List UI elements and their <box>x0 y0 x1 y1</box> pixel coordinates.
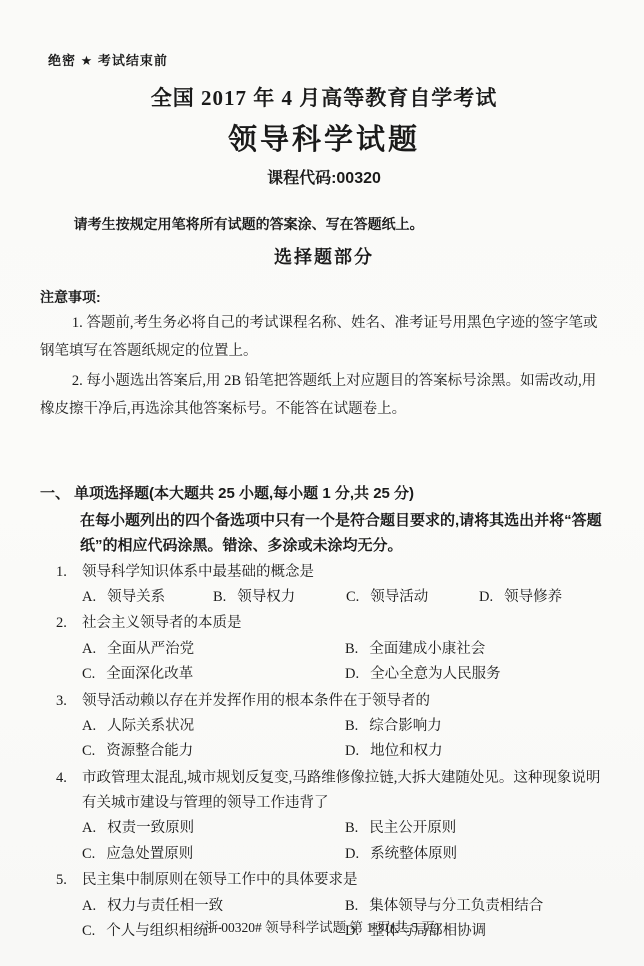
question-item: 4.市政管理太混乱,城市规划反复变,马路维修像拉链,大拆大建随处见。这种现象说明… <box>40 766 608 868</box>
option-label: D. <box>479 589 493 605</box>
option-label: D. <box>345 743 359 759</box>
option-item: A.领导关系 <box>82 585 213 610</box>
option-item: C.全面深化改革 <box>82 662 345 687</box>
option-item: B.民主公开原则 <box>345 816 608 841</box>
option-label: B. <box>345 718 358 734</box>
option-item: C.领导活动 <box>346 585 479 610</box>
section-header: 一、 单项选择题(本大题共 25 小题,每小题 1 分,共 25 分) 在每小题… <box>40 481 608 559</box>
option-label: A. <box>82 820 96 836</box>
question-stem: 领导活动赖以存在并发挥作用的根本条件在于领导者的 <box>82 689 608 714</box>
question-number: 5. <box>56 868 82 893</box>
option-text: 领导关系 <box>107 589 165 605</box>
option-label: C. <box>82 846 95 862</box>
option-label: D. <box>345 666 359 682</box>
question-item: 2.社会主义领导者的本质是A.全面从严治党B.全面建成小康社会C.全面深化改革D… <box>40 611 608 687</box>
option-item: B.全面建成小康社会 <box>345 637 608 662</box>
option-item: D.系统整体原则 <box>345 842 608 867</box>
section-instruction: 在每小题列出的四个备选项中只有一个是符合题目要求的,请将其选出并将“答题纸”的相… <box>74 508 608 559</box>
option-grid: A.权责一致原则B.民主公开原则C.应急处置原则D.系统整体原则 <box>82 816 608 867</box>
option-label: B. <box>345 641 358 657</box>
question-list: 1.领导科学知识体系中最基础的概念是A.领导关系B.领导权力C.领导活动D.领导… <box>40 560 608 945</box>
option-item: D.领导修养 <box>479 585 608 610</box>
question-stem: 民主集中制原则在领导工作中的具体要求是 <box>82 868 608 893</box>
option-text: 应急处置原则 <box>106 846 193 862</box>
option-label: D. <box>345 846 359 862</box>
notice-item: 1. 答题前,考生务必将自己的考试课程名称、姓名、准考证号用黑色字迹的签字笔或钢… <box>40 310 608 365</box>
part-title: 选择题部分 <box>40 243 608 269</box>
option-label: C. <box>346 589 359 605</box>
option-item: D.全心全意为人民服务 <box>345 662 608 687</box>
option-item: D.地位和权力 <box>345 739 608 764</box>
option-text: 系统整体原则 <box>370 846 457 862</box>
section-heading: 单项选择题(本大题共 25 小题,每小题 1 分,共 25 分) <box>74 481 608 507</box>
option-item: C.资源整合能力 <box>82 739 345 764</box>
option-label: B. <box>345 898 358 914</box>
option-text: 人际关系状况 <box>107 718 194 734</box>
question-stem-row: 4.市政管理太混乱,城市规划反复变,马路维修像拉链,大拆大建随处见。这种现象说明… <box>56 766 608 817</box>
option-text: 权力与责任相一致 <box>107 898 223 914</box>
question-stem-row: 3.领导活动赖以存在并发挥作用的根本条件在于领导者的 <box>56 689 608 714</box>
question-stem: 社会主义领导者的本质是 <box>82 611 608 636</box>
option-label: C. <box>82 743 95 759</box>
notice-list: 1. 答题前,考生务必将自己的考试课程名称、姓名、准考证号用黑色字迹的签字笔或钢… <box>40 310 608 423</box>
option-item: B.领导权力 <box>213 585 346 610</box>
question-item: 1.领导科学知识体系中最基础的概念是A.领导关系B.领导权力C.领导活动D.领导… <box>40 560 608 611</box>
option-text: 综合影响力 <box>369 718 442 734</box>
section-header-body: 单项选择题(本大题共 25 小题,每小题 1 分,共 25 分) 在每小题列出的… <box>74 481 608 559</box>
section-single-choice: 一、 单项选择题(本大题共 25 小题,每小题 1 分,共 25 分) 在每小题… <box>40 481 608 944</box>
option-text: 全面从严治党 <box>107 641 194 657</box>
option-text: 集体领导与分工负责相结合 <box>369 898 543 914</box>
notices-heading: 注意事项: <box>40 287 608 307</box>
question-stem: 领导科学知识体系中最基础的概念是 <box>82 560 608 585</box>
option-text: 全面深化改革 <box>106 666 193 682</box>
option-item: B.综合影响力 <box>345 714 608 739</box>
security-classification: 绝密 ★ 考试结束前 <box>48 50 608 69</box>
option-label: A. <box>82 718 96 734</box>
question-stem: 市政管理太混乱,城市规划反复变,马路维修像拉链,大拆大建随处见。这种现象说明有关… <box>82 766 608 817</box>
notice-item: 2. 每小题选出答案后,用 2B 铅笔把答题纸上对应题目的答案标号涂黑。如需改动… <box>40 368 608 423</box>
option-grid: A.领导关系B.领导权力C.领导活动D.领导修养 <box>82 585 608 610</box>
option-label: B. <box>213 589 226 605</box>
option-text: 全面建成小康社会 <box>369 641 485 657</box>
option-text: 领导活动 <box>370 589 428 605</box>
option-text: 民主公开原则 <box>369 820 456 836</box>
answer-instruction: 请考生按规定用笔将所有试题的答案涂、写在答题纸上。 <box>40 214 608 234</box>
question-stem-row: 5.民主集中制原则在领导工作中的具体要求是 <box>56 868 608 893</box>
option-text: 资源整合能力 <box>106 743 193 759</box>
option-label: A. <box>82 898 96 914</box>
option-label: A. <box>82 641 96 657</box>
course-code: 课程代码:00320 <box>40 165 608 188</box>
paper-title: 领导科学试题 <box>40 117 608 158</box>
question-stem-row: 1.领导科学知识体系中最基础的概念是 <box>56 560 608 585</box>
exam-title: 全国 2017 年 4 月高等教育自学考试 <box>40 82 608 112</box>
option-label: A. <box>82 589 96 605</box>
question-number: 3. <box>56 689 82 714</box>
exam-paper-page: 绝密 ★ 考试结束前 全国 2017 年 4 月高等教育自学考试 领导科学试题 … <box>0 0 644 966</box>
option-text: 全心全意为人民服务 <box>370 666 501 682</box>
option-text: 领导修养 <box>504 589 562 605</box>
option-item: A.人际关系状况 <box>82 714 345 739</box>
question-number: 2. <box>56 611 82 636</box>
option-label: B. <box>345 820 358 836</box>
page-footer: 浙 00320# 领导科学试题 第 1 页(共 5 页) <box>0 916 644 936</box>
option-grid: A.人际关系状况B.综合影响力C.资源整合能力D.地位和权力 <box>82 714 608 765</box>
option-item: A.权责一致原则 <box>82 816 345 841</box>
option-text: 领导权力 <box>237 589 295 605</box>
option-label: C. <box>82 666 95 682</box>
question-stem-row: 2.社会主义领导者的本质是 <box>56 611 608 636</box>
option-text: 地位和权力 <box>370 743 443 759</box>
question-item: 3.领导活动赖以存在并发挥作用的根本条件在于领导者的A.人际关系状况B.综合影响… <box>40 689 608 765</box>
option-text: 权责一致原则 <box>107 820 194 836</box>
question-number: 4. <box>56 766 82 817</box>
option-item: C.应急处置原则 <box>82 842 345 867</box>
question-number: 1. <box>56 560 82 585</box>
option-grid: A.全面从严治党B.全面建成小康社会C.全面深化改革D.全心全意为人民服务 <box>82 637 608 688</box>
section-number: 一、 <box>40 481 74 559</box>
option-item: A.全面从严治党 <box>82 637 345 662</box>
